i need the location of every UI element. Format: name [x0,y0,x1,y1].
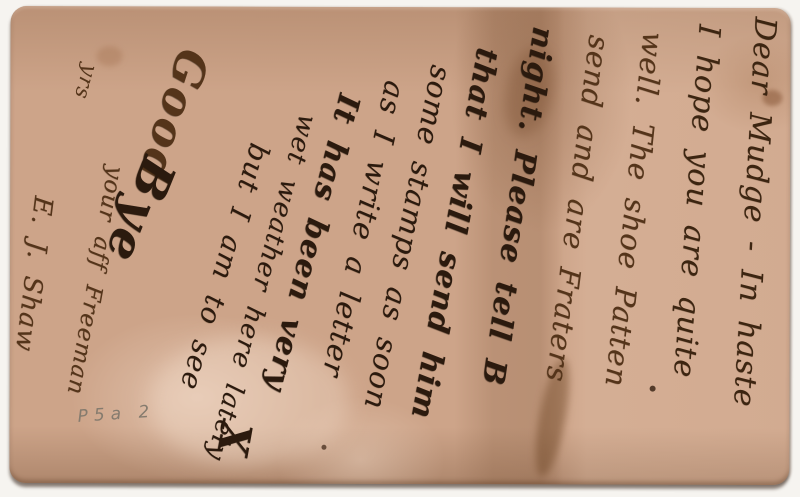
pencil-note: P5a 2 [77,402,156,427]
scan-background: Dear Mudge - In haste I hope you are qui… [0,0,800,497]
postcard: Dear Mudge - In haste I hope you are qui… [9,6,790,485]
speck-dot-2 [321,445,326,450]
speck-dot-1 [650,386,656,392]
message-line-1: Dear Mudge - In haste [726,16,782,408]
foxing-spot [96,46,122,66]
signature: E. J. Shaw [9,194,58,353]
message-line-2: I hope you are quite [666,23,727,379]
corner-scribble: yrs [69,62,102,103]
signoff: your aff Freeman [62,164,129,397]
